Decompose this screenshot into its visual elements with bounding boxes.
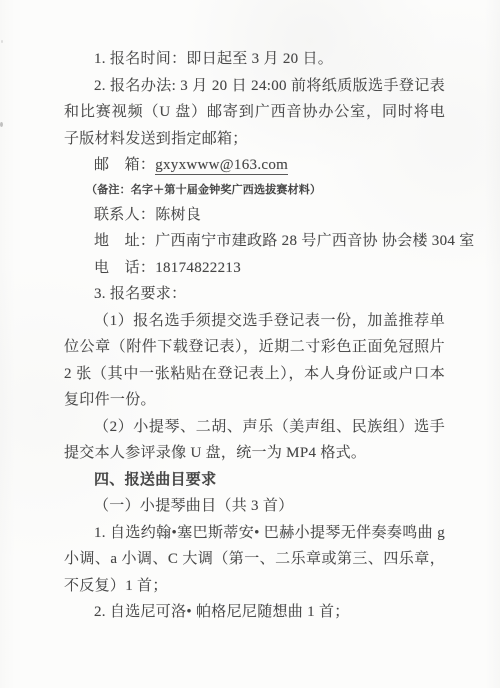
- registration-requirements-title: 3. 报名要求：: [64, 281, 445, 308]
- phone-label: 电 话：: [94, 260, 155, 276]
- email-address: gxyxwww@163.com: [155, 157, 288, 175]
- registration-method-paragraph: 2. 报名办法: 3 月 20 日 24:00 前将纸质版选手登记表和比赛视频（…: [64, 73, 445, 153]
- contact-person-label: 联系人：: [94, 207, 155, 223]
- scan-speck: [0, 122, 3, 127]
- violin-piece-2: 2. 自选尼可洛• 帕格尼尼随想曲 1 首；: [64, 599, 445, 626]
- requirement-item-1: （1）报名选手须提交选手登记表一份，加盖推荐单位公章（附件下载登记表），近期二寸…: [64, 308, 445, 414]
- violin-piece-1: 1. 自选约翰•塞巴斯蒂安• 巴赫小提琴无伴奏奏鸣曲 g 小调、a 小调、C 大…: [64, 520, 445, 600]
- requirement-item-2: （2）小提琴、二胡、声乐（美声组、民族组）选手提交本人参评录像 U 盘，统一为 …: [64, 414, 445, 467]
- address-label: 地 址：: [94, 233, 155, 249]
- scan-speck: [1, 40, 3, 43]
- contact-person-line: 联系人：陈树良: [64, 202, 445, 229]
- violin-repertoire-heading: （一）小提琴曲目（共 3 首）: [64, 493, 445, 520]
- section-four-heading: 四、报送曲目要求: [64, 467, 445, 494]
- address-line: 地 址：广西南宁市建政路 28 号广西音协 协会楼 304 室: [64, 228, 445, 255]
- registration-time-paragraph: 1. 报名时间：即日起至 3 月 20 日。: [64, 46, 445, 73]
- email-line: 邮 箱：gxyxwww@163.com: [64, 152, 445, 179]
- address-value: 广西南宁市建政路 28 号广西音协 协会楼 304 室: [155, 233, 474, 249]
- phone-number: 18174822213: [155, 260, 241, 276]
- document-body: 1. 报名时间：即日起至 3 月 20 日。 2. 报名办法: 3 月 20 日…: [64, 46, 445, 626]
- email-label: 邮 箱：: [94, 157, 155, 173]
- email-note: （备注：名字＋第十届金钟奖广西选拔赛材料）: [64, 179, 445, 202]
- contact-person-name: 陈树良: [155, 207, 201, 223]
- scanned-document-page: 1. 报名时间：即日起至 3 月 20 日。 2. 报名办法: 3 月 20 日…: [0, 0, 500, 688]
- phone-line: 电 话：18174822213: [64, 255, 445, 282]
